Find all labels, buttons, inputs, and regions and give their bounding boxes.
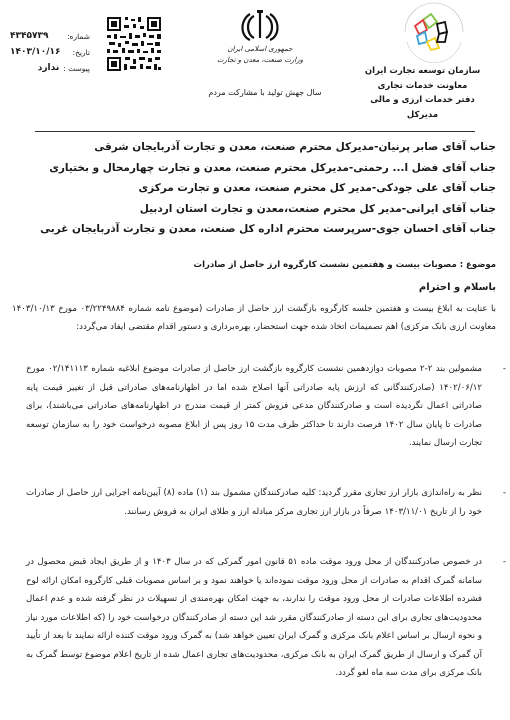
resolution-item: - نظر به راه‌اندازی بازار ارز تجاری مقرر… (26, 484, 496, 521)
header-divider (35, 131, 475, 132)
org-line-4: مدیرکل (350, 108, 495, 123)
recipient: جناب آقای صابر پرنیان-مدیرکل محترم صنعت،… (16, 137, 496, 158)
number-label: شماره: (67, 32, 90, 41)
letter-subject: موضوع : مصوبات بیست و هفتمین نشست کارگرو… (16, 260, 496, 270)
issuing-organization: سازمان توسعه تجارت ایران معاونت خدمات تج… (350, 64, 495, 122)
resolution-item: - در خصوص صادرکنندگان از محل ورود موقت م… (26, 553, 496, 683)
intro-paragraph: با عنایت به ابلاغ بیست و هفتمین جلسه کار… (12, 300, 496, 336)
recipients-list: جناب آقای صابر پرنیان-مدیرکل محترم صنعت،… (16, 137, 496, 240)
ministry-name: جمهوری اسلامی ایران وزارت صنعت، معدن و ت… (200, 44, 320, 66)
recipient: جناب آقای ایرانی-مدیر کل محترم صنعت،معدن… (16, 199, 496, 220)
recipient: جناب آقای فضل ا... رحمتی-مدیرکل محترم صن… (16, 158, 496, 179)
letter-meta: شماره: ۴۳۴۵۷۳۹ تاریخ: ۱۴۰۳/۱۰/۱۶ پیوست :… (10, 28, 90, 76)
date-value: ۱۴۰۳/۱۰/۱۶ (10, 47, 61, 57)
resolution-item: - مشمولین بند ۲-۲ مصوبات دوازدهمین نشست … (26, 360, 496, 453)
number-row: شماره: ۴۳۴۵۷۳۹ (10, 28, 90, 44)
recipient: جناب آقای علی جودکی-مدیر کل محترم صنعت، … (16, 178, 496, 199)
qr-code-icon (105, 5, 165, 85)
date-row: تاریخ: ۱۴۰۳/۱۰/۱۶ (10, 44, 90, 60)
trade-promotion-logo-icon (395, 2, 473, 64)
org-line-2: معاونت خدمات تجاری (350, 79, 495, 94)
attachment-row: پیوست : ندارد (10, 60, 90, 76)
bullet-dash: - (503, 360, 506, 379)
bullet-dash: - (503, 553, 506, 572)
greeting: باسلام و احترام (16, 282, 496, 293)
year-slogan: سال جهش تولید با مشارکت مردم (190, 88, 340, 97)
number-value: ۴۳۴۵۷۳۹ (10, 31, 48, 41)
iran-emblem-icon (236, 8, 284, 42)
letter-page: شماره: ۴۳۴۵۷۳۹ تاریخ: ۱۴۰۳/۱۰/۱۶ پیوست :… (0, 0, 510, 720)
resolution-text: مشمولین بند ۲-۲ مصوبات دوازدهمین نشست کا… (26, 360, 482, 453)
org-line-1: سازمان توسعه تجارت ایران (350, 64, 495, 79)
resolution-text: نظر به راه‌اندازی بازار ارز تجاری مقرر گ… (26, 484, 482, 521)
resolution-text: در خصوص صادرکنندگان از محل ورود موقت ماد… (26, 553, 482, 683)
attachment-label: پیوست : (63, 64, 90, 73)
ministry-line-1: جمهوری اسلامی ایران (200, 44, 320, 55)
attachment-value: ندارد (38, 63, 59, 73)
date-label: تاریخ: (73, 48, 90, 57)
recipient: جناب آقای احسان جوی-سرپرست محترم اداره ک… (16, 219, 496, 240)
ministry-line-2: وزارت صنعت، معدن و تجارت (200, 55, 320, 66)
bullet-dash: - (503, 484, 506, 503)
org-line-3: دفتر خدمات ارزی و مالی (350, 93, 495, 108)
